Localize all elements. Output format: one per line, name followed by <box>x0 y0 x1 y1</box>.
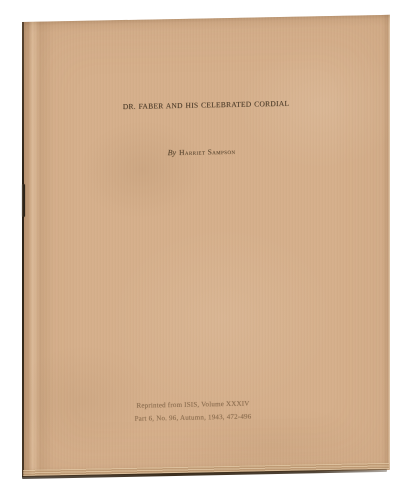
photo-backdrop: DR. FABER AND HIS CELEBRATED CORDIAL ByH… <box>0 0 408 500</box>
pamphlet-cover: DR. FABER AND HIS CELEBRATED CORDIAL ByH… <box>22 15 390 477</box>
byline-by-label: By <box>168 148 176 157</box>
author-name: Harriet Sampson <box>179 147 235 157</box>
byline: ByHarriet Sampson <box>22 144 381 160</box>
cover-title: DR. FABER AND HIS CELEBRATED CORDIAL <box>22 97 390 113</box>
staple <box>22 184 25 217</box>
imprint-block: Reprinted from ISIS, Volume XXXIV Part 6… <box>22 395 364 427</box>
